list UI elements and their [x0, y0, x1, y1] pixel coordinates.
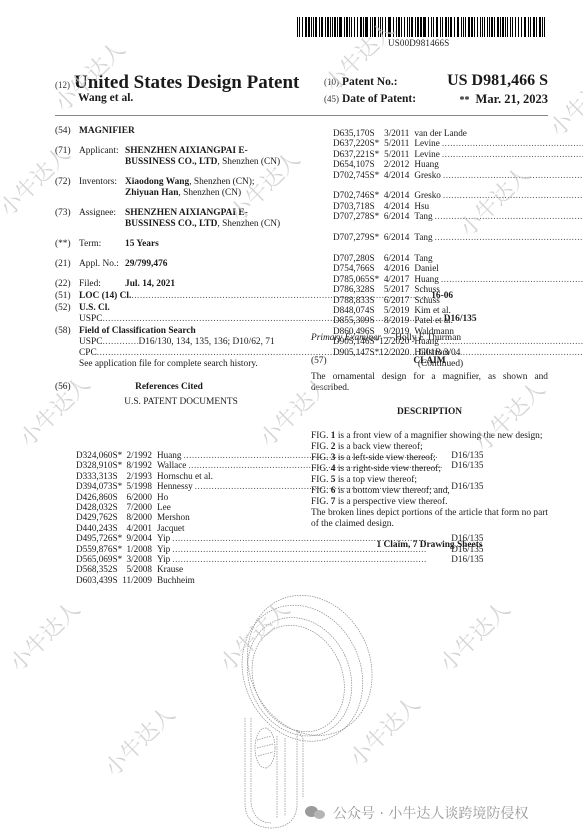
- reference-row: D654,107S2/2012Huang: [333, 159, 583, 169]
- reference-patent: D324,060: [76, 450, 113, 460]
- inventor-name: Xiaodong Wang: [125, 177, 189, 187]
- reference-kind: S: [370, 284, 375, 294]
- field-code: (**): [55, 239, 79, 250]
- reference-row-continued: D16/135: [333, 222, 583, 232]
- reference-star: *: [118, 450, 123, 460]
- reference-inventor: LevineD16/135: [414, 149, 583, 159]
- reference-date: 8/1992: [122, 460, 157, 470]
- figure-description: FIG. 1 is a front view of a magnifier sh…: [311, 431, 548, 442]
- reference-inventor: TangG02B 25/02: [414, 211, 583, 221]
- reference-patent: D848,074: [333, 305, 370, 315]
- reference-row: D788,833S6/2017Schuss: [333, 295, 583, 305]
- barcode-bar: [471, 17, 472, 37]
- reference-inventor: Huang: [414, 159, 583, 169]
- reference-inventor: HuangD16/135: [414, 274, 583, 284]
- barcode-bar: [351, 17, 353, 37]
- bibliographic-data: (54) MAGNIFIER (71) Applicant: SHENZHEN …: [55, 126, 283, 408]
- field-code: (71): [55, 146, 79, 168]
- field-inventors: (72) Inventors: Xiaodong Wang, Shenzhen …: [55, 177, 283, 199]
- reference-date: 4/2001: [122, 523, 157, 533]
- figure-description: FIG. 3 is a left-side view thereof;: [311, 453, 548, 464]
- reference-inventor: Schuss: [414, 284, 583, 294]
- reference-class: D16/135: [333, 222, 583, 232]
- reference-inventor: GreskoD16/135: [414, 190, 583, 200]
- barcode-bar: [500, 17, 502, 37]
- field-applicant: (71) Applicant: SHENZHEN AIXIANGPAI E-BU…: [55, 146, 283, 168]
- barcode-bar: [544, 17, 545, 37]
- barcode-bar: [482, 17, 483, 37]
- barcode-bar: [308, 17, 309, 37]
- reference-inventor: Daniel: [414, 263, 583, 273]
- barcode-bar: [484, 17, 485, 37]
- reference-name: Gresko: [414, 170, 441, 180]
- barcode-bar: [536, 17, 538, 37]
- reference-kind: S: [370, 128, 375, 138]
- reference-kind: S: [370, 201, 375, 211]
- authors: Wang et al.: [78, 92, 133, 104]
- primary-examiner: Primary Examiner — Holly E Thurman: [311, 333, 548, 344]
- claim-code: (57): [311, 356, 335, 367]
- wechat-icon: [305, 806, 327, 820]
- reference-inventor: TangG02B 25/02: [414, 232, 583, 242]
- inventor-location: , Shenzhen (CN);: [189, 177, 254, 187]
- barcode-bar: [299, 17, 300, 37]
- reference-patent: D855,309: [333, 315, 370, 325]
- barcode-bar: [389, 17, 391, 37]
- us-cl-label: U.S. Cl.: [79, 303, 110, 313]
- filed-value: Jul. 14, 2021: [125, 279, 283, 290]
- reference-row-continued: D16/135: [333, 242, 583, 252]
- patent-number-label: (10)Patent No.:: [324, 76, 398, 88]
- references-header: (56) References Cited: [55, 382, 283, 393]
- figure-text: is a left-side view thereof;: [335, 453, 435, 463]
- field-filed: (22) Filed: Jul. 14, 2021: [55, 279, 283, 290]
- barcode-bar: [334, 17, 336, 37]
- reference-inventor: Patel et al.: [414, 315, 583, 325]
- search-cpc-label: CPC: [79, 348, 97, 359]
- barcode-bar: [457, 17, 459, 37]
- reference-row: D754,766S4/2016Daniel: [333, 263, 583, 273]
- appl-no-value: 29/799,476: [125, 259, 283, 270]
- barcode-bar: [423, 17, 424, 37]
- reference-patent: D565,069: [76, 554, 113, 564]
- reference-class: D16/135: [333, 180, 583, 190]
- reference-kind: S: [113, 471, 118, 481]
- field-code: (72): [55, 177, 79, 199]
- barcode-bar: [487, 17, 488, 37]
- barcode-bar: [315, 17, 317, 37]
- field-title: (54) MAGNIFIER: [55, 126, 283, 137]
- barcode-bar: [450, 17, 452, 37]
- field-label: Applicant:: [79, 146, 125, 168]
- barcode-bar: [398, 17, 400, 37]
- figure-description: FIG. 7 is a perspective view thereof.: [311, 497, 548, 508]
- reference-patent: D328,910: [76, 460, 113, 470]
- reference-date: 4/2014: [379, 190, 414, 200]
- reference-kind: S: [370, 305, 375, 315]
- figure-prefix: FIG.: [311, 486, 331, 496]
- barcode-bar: [480, 17, 481, 37]
- barcode-bar: [378, 17, 379, 37]
- reference-patent: D754,766: [333, 263, 370, 273]
- barcode-bar: [440, 17, 441, 37]
- barcode-bar: [344, 17, 346, 37]
- reference-row: D707,279S*6/2014TangG02B 25/02: [333, 232, 583, 242]
- barcode-bar: [474, 17, 475, 37]
- reference-row: D702,745S*4/2014GreskoG02B 25/002: [333, 170, 583, 180]
- patent-date-label: (45)Date of Patent:: [324, 93, 416, 105]
- barcode-bar: [339, 17, 340, 37]
- reference-name: Tang: [414, 211, 432, 221]
- reference-patent: D428,032: [76, 502, 113, 512]
- reference-patent: D635,170: [333, 128, 370, 138]
- field-label: Filed:: [79, 279, 125, 290]
- reference-date: 2/2012: [379, 159, 414, 169]
- field-appl-no: (21) Appl. No.: 29/799,476: [55, 259, 283, 270]
- barcode-bar: [388, 17, 389, 37]
- search-label: Field of Classification Search: [79, 326, 196, 336]
- reference-class: D16/135: [451, 554, 483, 564]
- barcode-bar: [327, 17, 329, 37]
- reference-class: D16/135: [333, 242, 583, 252]
- claim-text: The ornamental design for a magnifier, a…: [311, 372, 548, 394]
- barcode-bar: [337, 17, 338, 37]
- field-label: Term:: [79, 239, 125, 250]
- reference-star: *: [375, 232, 380, 242]
- reference-patent: D429,762: [76, 512, 113, 522]
- barcode-bar: [530, 17, 532, 37]
- footer-watermark-text: 公众号 · 小牛达人谈跨境防侵权: [333, 803, 528, 823]
- barcode-bar: [372, 17, 374, 37]
- reference-row: D637,221S*5/2011LevineD16/135: [333, 149, 583, 159]
- reference-date: 5/1998: [122, 481, 157, 491]
- reference-name: Yip: [157, 544, 170, 554]
- reference-kind: S: [113, 460, 118, 470]
- loc-label: LOC (14) Cl.: [79, 291, 131, 302]
- reference-patent: D786,328: [333, 284, 370, 294]
- reference-patent: D654,107: [333, 159, 370, 169]
- barcode-bar: [448, 17, 450, 37]
- reference-inventor: Kim et al.: [414, 305, 583, 315]
- figure-text: is a top view thereof;: [335, 475, 417, 485]
- reference-kind: S: [370, 190, 375, 200]
- reference-row: D707,278S*6/2014TangG02B 25/02: [333, 211, 583, 221]
- reference-name: Gresko: [414, 190, 441, 200]
- reference-date: 4/2014: [379, 201, 414, 211]
- reference-kind: S: [370, 232, 375, 242]
- barcode-bar: [319, 17, 321, 37]
- assignee-location: , Shenzhen (CN): [217, 219, 280, 229]
- broken-lines-note: The broken lines depict portions of the …: [311, 508, 548, 530]
- claim-header: (57) CLAIM: [311, 356, 548, 367]
- barcode-number: US00D981466S: [388, 38, 449, 48]
- barcode-bar: [360, 17, 362, 37]
- barcode-bar: [518, 17, 519, 37]
- field-us-cl: (52) U.S. Cl. USPCD16/135: [55, 303, 283, 325]
- field-term: (**) Term: 15 Years: [55, 239, 283, 250]
- reference-date: 3/2011: [379, 128, 414, 138]
- search-uspc-value: D16/130, 134, 135, 136; D10/62, 71: [138, 337, 274, 348]
- footer-watermark: 公众号 · 小牛达人谈跨境防侵权: [305, 803, 528, 823]
- reference-name: Wallace: [157, 460, 186, 470]
- barcode-bar: [477, 17, 478, 37]
- reference-kind: S: [113, 481, 118, 491]
- reference-star: *: [118, 544, 123, 554]
- reference-star: *: [375, 190, 380, 200]
- examiner-name: — Holly E Thurman: [383, 333, 461, 343]
- barcode-bar: [542, 17, 544, 37]
- magnifier-perspective-drawing: [215, 578, 405, 833]
- barcode-bar: [472, 17, 473, 37]
- barcode-bar: [521, 17, 523, 37]
- reference-patent: D703,718: [333, 201, 370, 211]
- reference-row: D785,065S*4/2017HuangD16/135: [333, 274, 583, 284]
- reference-kind: S: [370, 274, 375, 284]
- barcode-bar: [424, 17, 426, 37]
- field-loc: (51) LOC (14) Cl.16-06: [55, 291, 283, 302]
- barcode-bar: [468, 17, 470, 37]
- patent-date-value: Mar. 21, 2023: [476, 92, 548, 106]
- barcode-bar: [524, 17, 526, 37]
- reference-kind: S: [370, 263, 375, 273]
- references-subtitle: U.S. PATENT DOCUMENTS: [55, 397, 283, 408]
- reference-kind: S: [113, 575, 118, 585]
- barcode-bar: [539, 17, 541, 37]
- claims-count: 1 Claim, 7 Drawing Sheets: [311, 540, 548, 551]
- reference-date: 4/2017: [379, 274, 414, 284]
- barcode-bar: [510, 17, 511, 37]
- reference-kind: S: [113, 450, 118, 460]
- reference-row: D568,352S5/2008Krause: [76, 564, 483, 574]
- reference-row-continued: D16/135: [333, 180, 583, 190]
- reference-inventor: van der Lande: [414, 128, 583, 138]
- patent-number: US D981,466 S: [447, 72, 548, 90]
- field-code: (73): [55, 208, 79, 230]
- uspc-label: USPC: [79, 314, 102, 325]
- barcode-bar: [332, 17, 334, 37]
- barcode-bar: [445, 17, 447, 37]
- reference-inventor: Krause: [157, 564, 483, 574]
- reference-date: 5/2011: [379, 149, 414, 159]
- reference-kind: S: [370, 211, 375, 221]
- reference-kind: S: [113, 523, 118, 533]
- barcode-bar: [385, 17, 386, 37]
- reference-row: D637,220S*5/2011LevineD16/135: [333, 138, 583, 148]
- barcode-bar: [411, 17, 413, 37]
- barcode-bar: [354, 17, 355, 37]
- barcode-bar: [420, 17, 422, 37]
- reference-row: D786,328S5/2017Schuss: [333, 284, 583, 294]
- barcode-bar: [370, 17, 371, 37]
- barcode-bar: [365, 17, 366, 37]
- document-title: (12)United States Design Patent: [55, 72, 299, 94]
- field-code: (52): [55, 303, 79, 325]
- figure-description: FIG. 4 is a right-side view thereof;: [311, 464, 548, 475]
- reference-patent: D568,352: [76, 564, 113, 574]
- figure-description: FIG. 5 is a top view thereof;: [311, 475, 548, 486]
- reference-name: Yip: [157, 554, 170, 564]
- reference-patent: D559,876: [76, 544, 113, 554]
- field-assignee: (73) Assignee: SHENZHEN AIXIANGPAI E-BUS…: [55, 208, 283, 230]
- field-code: (58): [55, 326, 79, 370]
- reference-patent: D707,278: [333, 211, 370, 221]
- reference-row: D707,280S6/2014Tang: [333, 253, 583, 263]
- reference-patent: D788,833: [333, 295, 370, 305]
- barcode-bar: [380, 17, 382, 37]
- reference-row: D702,746S*4/2014GreskoD16/135: [333, 190, 583, 200]
- patent-number-code: (10): [324, 77, 339, 87]
- reference-row: D565,069S*3/2008YipD16/135: [76, 554, 483, 564]
- barcode-bar: [366, 17, 368, 37]
- reference-star: *: [375, 149, 380, 159]
- barcode-bar: [512, 17, 514, 37]
- invention-title: MAGNIFIER: [79, 126, 283, 137]
- figure-prefix: FIG.: [311, 431, 331, 441]
- barcode-bar: [428, 17, 429, 37]
- figure-prefix: FIG.: [311, 475, 331, 485]
- reference-star: *: [375, 138, 380, 148]
- barcode-bar: [497, 17, 499, 37]
- title-code: (12): [55, 80, 70, 90]
- barcode-bar: [489, 17, 491, 37]
- barcode-bar: [431, 17, 432, 37]
- reference-row: D703,718S4/2014Hsu: [333, 201, 583, 211]
- reference-kind: S: [113, 502, 118, 512]
- reference-name: Levine: [414, 138, 440, 148]
- reference-row: D848,074S5/2019Kim et al.: [333, 305, 583, 315]
- reference-kind: S: [113, 544, 118, 554]
- patent-number-label-text: Patent No.:: [342, 76, 398, 88]
- barcode-bar: [302, 17, 304, 37]
- reference-patent: D426,860: [76, 492, 113, 502]
- barcode-bar: [442, 17, 443, 37]
- reference-date: 6/2014: [379, 232, 414, 242]
- barcode-bar: [401, 17, 403, 37]
- reference-patent: D707,280: [333, 253, 370, 263]
- reference-date: 2/1993: [122, 471, 157, 481]
- barcode-bar: [491, 17, 493, 37]
- reference-date: 5/2008: [122, 564, 157, 574]
- reference-date: 8/2019: [379, 315, 414, 325]
- figure-text: is a front view of a magnifier showing t…: [335, 431, 542, 441]
- reference-inventor: Tang: [414, 253, 583, 263]
- barcode-bar: [340, 17, 342, 37]
- patent-date-label-text: Date of Patent:: [342, 93, 416, 105]
- barcode-bar: [374, 17, 376, 37]
- barcode-bar: [297, 17, 298, 37]
- reference-star: *: [118, 481, 123, 491]
- reference-inventor: LevineD16/135: [414, 138, 583, 148]
- reference-row: D635,170S3/2011van der Lande: [333, 128, 583, 138]
- claim-title: CLAIM: [335, 356, 548, 367]
- reference-star: *: [118, 460, 123, 470]
- watermark: 小牛达人: [432, 593, 516, 677]
- barcode-bar: [494, 17, 496, 37]
- reference-kind: S: [370, 315, 375, 325]
- header-divider: [55, 115, 548, 116]
- patent-date: **Mar. 21, 2023: [460, 92, 548, 107]
- field-code: (22): [55, 279, 79, 290]
- barcode-bar: [454, 17, 456, 37]
- barcode-bar: [382, 17, 383, 37]
- reference-date: 1/2008: [122, 544, 157, 554]
- reference-patent: D333,313: [76, 471, 113, 481]
- references-title: References Cited: [79, 382, 283, 393]
- description-title: DESCRIPTION: [311, 407, 548, 418]
- references-list-left: D324,060S*2/1992HuangD16/135D328,910S*8/…: [76, 450, 284, 585]
- reference-date: 7/2000: [122, 502, 157, 512]
- barcode-bar: [313, 17, 315, 37]
- search-note: See application file for complete search…: [79, 359, 258, 369]
- reference-name: Huang: [157, 450, 182, 460]
- reference-name: Levine: [414, 149, 440, 159]
- reference-date: 5/2011: [379, 138, 414, 148]
- reference-kind: S: [370, 170, 375, 180]
- figure-text: is a back view thereof;: [335, 442, 422, 452]
- description-figures: FIG. 1 is a front view of a magnifier sh…: [311, 431, 548, 530]
- field-classification-search: (58) Field of Classification Search USPC…: [55, 326, 283, 370]
- reference-kind: S: [370, 149, 375, 159]
- inventor-location: , Shenzhen (CN): [178, 188, 241, 198]
- search-uspc-label: USPC: [79, 337, 102, 348]
- watermark: 小牛达人: [2, 593, 86, 677]
- reference-kind: S: [113, 554, 118, 564]
- term-value: 15 Years: [125, 239, 283, 250]
- figure-prefix: FIG.: [311, 464, 331, 474]
- reference-date: 6/2014: [379, 253, 414, 263]
- figure-text: is a bottom view thereof; and,: [335, 486, 449, 496]
- reference-kind: S: [370, 295, 375, 305]
- barcode-bar: [393, 17, 394, 37]
- reference-name: Tang: [414, 232, 432, 242]
- reference-name: Huang: [414, 274, 439, 284]
- barcode-bar: [463, 17, 464, 37]
- reference-patent: D495,726: [76, 533, 113, 543]
- figure-text: is a perspective view thereof.: [335, 497, 447, 507]
- barcode-bar: [330, 17, 331, 37]
- reference-patent: D394,073: [76, 481, 113, 491]
- barcode-bar: [528, 17, 529, 37]
- reference-patent: D707,279: [333, 232, 370, 242]
- reference-kind: S: [113, 533, 118, 543]
- barcode-bar: [409, 17, 410, 37]
- barcode-bar: [396, 17, 398, 37]
- figure-text: is a right-side view thereof;: [335, 464, 440, 474]
- field-code: (51): [55, 291, 79, 302]
- barcode-bar: [404, 17, 405, 37]
- reference-date: 2/1992: [122, 450, 157, 460]
- figure-prefix: FIG.: [311, 442, 331, 452]
- barcode-bar: [465, 17, 466, 37]
- title-text: United States Design Patent: [74, 72, 299, 93]
- watermark: 小牛达人: [97, 698, 181, 782]
- examiner-label: Primary Examiner: [311, 333, 381, 343]
- barcode-bar: [305, 17, 307, 37]
- reference-inventor: GreskoG02B 25/002: [414, 170, 583, 180]
- barcode-bar: [461, 17, 462, 37]
- reference-kind: S: [370, 253, 375, 263]
- barcode-bar: [407, 17, 408, 37]
- field-label: Appl. No.:: [79, 259, 125, 270]
- claim-and-description: Primary Examiner — Holly E Thurman (57) …: [311, 333, 548, 551]
- reference-patent: D702,746: [333, 190, 370, 200]
- reference-star: *: [375, 274, 380, 284]
- reference-patent: D785,065: [333, 274, 370, 284]
- reference-name: Yip: [157, 533, 170, 543]
- applicant-location: , Shenzhen (CN): [217, 157, 280, 167]
- barcode-bar: [357, 17, 359, 37]
- reference-star: *: [375, 211, 380, 221]
